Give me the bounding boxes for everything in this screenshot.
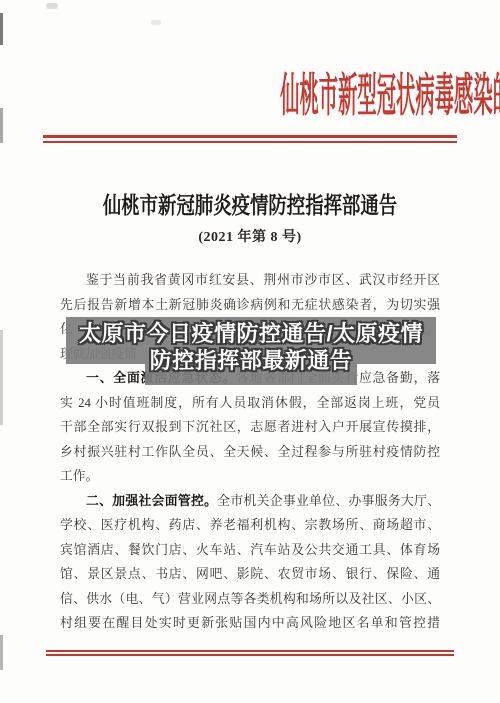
body-line: 先后报告新增本土新冠肺炎确诊病例和无症状感染者，为切实强 (60, 293, 440, 318)
letterhead-divider (43, 135, 457, 143)
caption-overlay: 太原市今日疫情防控通告/太原疫情 防控指挥部最新通告 (66, 317, 436, 385)
doc-title: 仙桃市新冠肺炎疫情防控指挥部通告 (103, 193, 397, 219)
body-line: 工作。 (60, 464, 440, 489)
page-edge-artifact (0, 13, 3, 45)
caption-line-2: 防控指挥部最新通告 (66, 347, 436, 374)
body-line: 乡村振兴驻村工作队全员、全天候、全过程参与所驻村疫情防控 (60, 440, 440, 465)
footer-divider (46, 650, 454, 656)
body-line: 村组要在醒目处实时更新张贴国内中高风险地区名单和管控措 (60, 611, 440, 636)
body-line: 实 24 小时值班制度，所有人员取消休假，全部返岗上班，党员 (60, 391, 440, 416)
body-line: 学校、医疗机构、药店、养老福利机构、宗教场所、商场超市、 (60, 513, 440, 538)
body-line: 干部全部实行双报到下沉社区，志愿者进村入户开展宣传摸排， (60, 415, 440, 440)
body-line: 二、加强社会面管控。全市机关企事业单位、办事服务大厅、 (60, 489, 440, 514)
page-edge-artifact (0, 635, 3, 670)
scan-smudge (151, 20, 161, 25)
doc-number: (2021 年第 8 号) (0, 226, 500, 246)
section-heading: 二、加强社会面管控。 (86, 494, 217, 508)
page-edge-artifact (0, 330, 3, 425)
letterhead: 仙桃市新型冠状病毒感染的肺炎疫情防控指挥部 (0, 70, 500, 122)
caption-line-1: 太原市今日疫情防控通告/太原疫情 (66, 320, 436, 347)
body-line: 信、供水（电、气）营业网点等各类机构和场所以及社区、小区、 (60, 587, 440, 612)
caption-text: 太原市今日疫情防控通告/太原疫情 防控指挥部最新通告 (66, 320, 436, 374)
letterhead-org-name: 仙桃市新型冠状病毒感染的肺炎疫情防控指挥部 (280, 70, 500, 122)
body-line: 宾馆酒店、餐饮门店、火车站、汽车站及公共交通工具、体育场 (60, 538, 440, 563)
scanned-notice-page: { "colors": { "header_red": "#c43a30", "… (0, 0, 500, 703)
body-line: 鉴于当前我省黄冈市红安县、荆州市沙市区、武汉市经开区 (60, 268, 440, 293)
scan-smudge (46, 3, 58, 9)
body-line: 馆、景区景点、书店、网吧、影院、农贸市场、银行、保险、通 (60, 562, 440, 587)
doc-title-row: 仙桃市新冠肺炎疫情防控指挥部通告 (0, 193, 500, 219)
